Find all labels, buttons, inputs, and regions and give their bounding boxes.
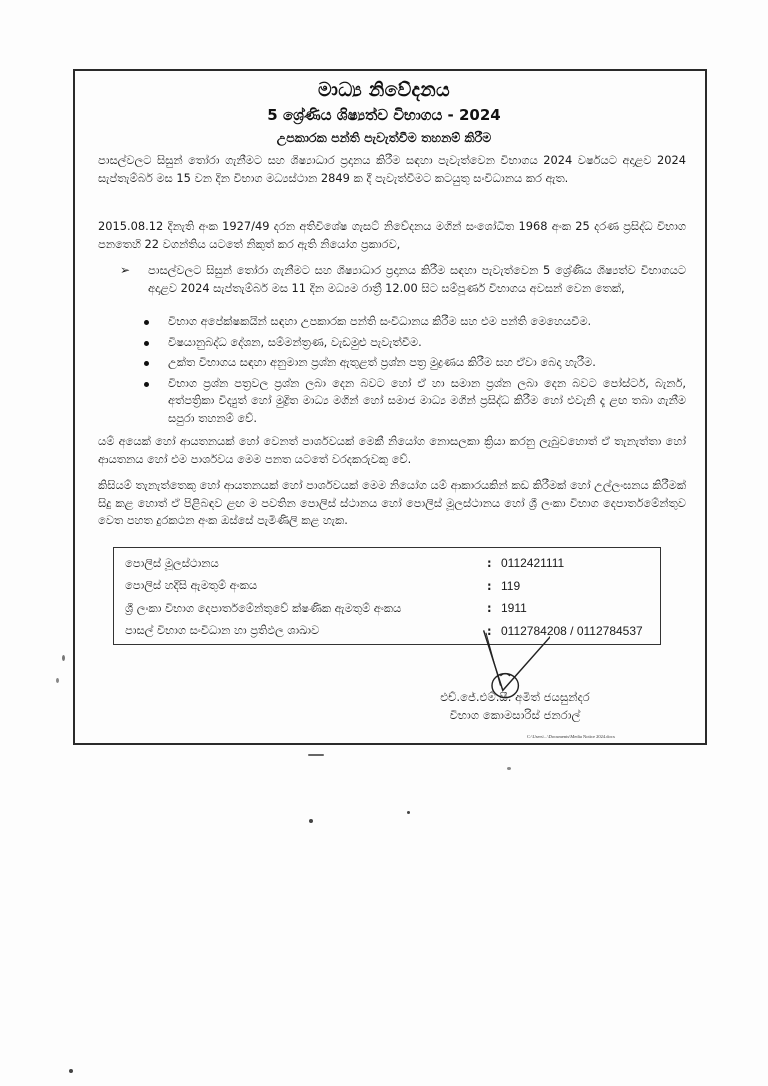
contact-value: 0112421111 xyxy=(501,556,660,570)
arrow-item-text: පාසල්වලට සිසුන් තෝරා ගැනීමට සහ ශිෂ්‍යාධා… xyxy=(148,262,686,297)
arrow-bullet-icon: ➢ xyxy=(120,262,130,280)
list-item: විභාග ප්‍රශ්න පත්‍රවල ප්‍රශ්න ලබා දෙන බව… xyxy=(140,375,686,428)
paragraph-complaint: කිසියම් තැනැත්තෙකු හෝ ආයතනයක් හෝ පාර්ශවය… xyxy=(98,477,686,530)
contact-label: පොලිස් මූලස්ථානය xyxy=(114,556,487,571)
bullet-dot-icon xyxy=(144,361,149,366)
bullet-dot-icon xyxy=(144,341,149,346)
prohibition-list: විභාග අපේක්ෂකයින් සඳහා උපකාරක පන්ති සංවි… xyxy=(140,313,686,430)
signer-title: විභාග කොමසාරිස් ජනරාල් xyxy=(420,708,610,723)
scan-speck xyxy=(407,811,410,814)
table-row: පාසල් විභාග සංවිධාන හා ප්‍රතිඵල ශාඛාව : … xyxy=(114,620,660,643)
contact-value: 119 xyxy=(501,579,660,593)
scan-speck xyxy=(309,819,313,823)
list-item: උක්ත විභාගය සඳහා අනුමාන ප්‍රශ්න ඇතුළත් ප… xyxy=(140,354,686,372)
list-item: විභාග අපේක්ෂකයින් සඳහා උපකාරක පන්ති සංවි… xyxy=(140,313,686,331)
paragraph-intro: පාසල්වලට සිසුන් තෝරා ගැනීමට සහ ශිෂ්‍යාධා… xyxy=(98,152,686,187)
table-row: ශ්‍රී ලංකා විභාග දෙපාර්තමේන්තුවේ ක්ෂණික … xyxy=(114,597,660,620)
paragraph-gazette: 2015.08.12 දිනැති අංක 1927/49 දරන අතිවිශ… xyxy=(98,218,686,253)
file-path-footer: C:\Users\...\Documents\Media Notice 2024… xyxy=(527,734,615,739)
arrow-item: ➢ පාසල්වලට සිසුන් තෝරා ගැනීමට සහ ශිෂ්‍යා… xyxy=(120,262,686,297)
signer-name: එච්.ජේ.එම්.සී. අමිත් ජයසුන්දර xyxy=(420,690,610,705)
document-title: මාධ්‍ය නිවේදනය xyxy=(0,79,768,101)
contact-numbers-table: පොලිස් මූලස්ථානය : 0112421111 පොලිස් හදි… xyxy=(113,547,661,645)
contact-label: පොලිස් හදිසි ඇමතුම් අංකය xyxy=(114,578,487,593)
paragraph-offence: යම් අයෙක් හෝ ආයතනයක් හෝ වෙනත් පාර්ශවයක් … xyxy=(98,433,686,468)
contact-label: පාසල් විභාග සංවිධාන හා ප්‍රතිඵල ශාඛාව xyxy=(114,623,487,638)
document-subheading: උපකාරක පන්ති පැවැත්වීම තහනම් කිරීම xyxy=(0,130,768,146)
document-subtitle: 5 ශ්‍රේණිය ශිෂ්‍යත්ව විභාගය - 2024 xyxy=(0,106,768,124)
scan-speck xyxy=(56,678,59,683)
scan-speck xyxy=(308,754,324,756)
bullet-dot-icon xyxy=(144,320,149,325)
bullet-dot-icon xyxy=(144,382,149,387)
contact-value: 1911 xyxy=(501,601,660,615)
table-row: පොලිස් මූලස්ථානය : 0112421111 xyxy=(114,552,660,575)
table-row: පොලිස් හදිසි ඇමතුම් අංකය : 119 xyxy=(114,575,660,598)
contact-label: ශ්‍රී ලංකා විභාග දෙපාර්තමේන්තුවේ ක්ෂණික … xyxy=(114,601,487,616)
scan-speck xyxy=(69,1069,73,1073)
list-item: විෂයානුබද්ධ දේශන, සම්මන්ත්‍රණ, වැඩමුළු ප… xyxy=(140,334,686,352)
scan-speck xyxy=(62,655,65,661)
scan-speck xyxy=(507,767,511,770)
